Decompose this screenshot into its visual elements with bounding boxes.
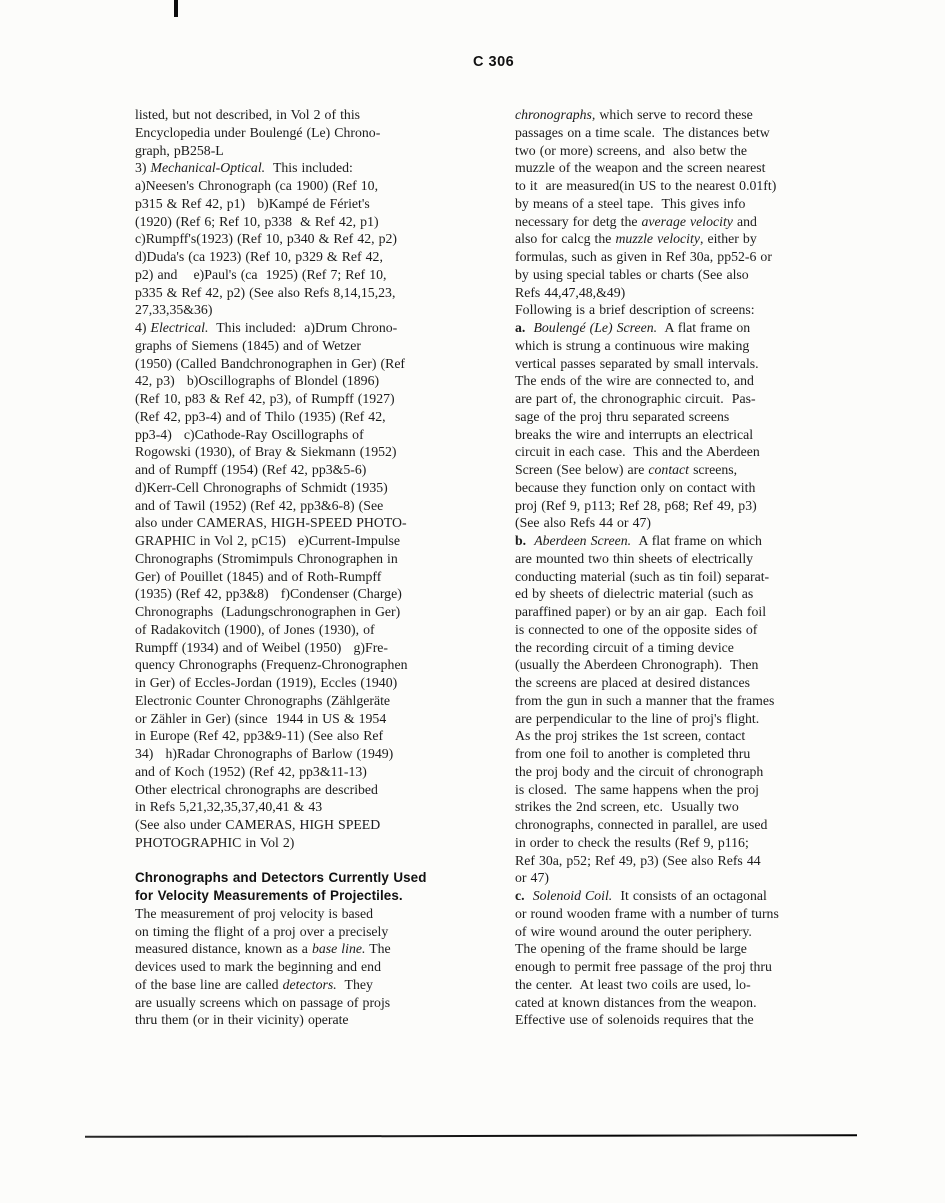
document-page: C 306 listed, but not described, in Vol … xyxy=(0,0,945,1203)
body-text: A flat frame on which xyxy=(631,533,762,548)
body-text: The opening of the frame should be large xyxy=(515,941,747,956)
body-text: Ref 30a, p52; Ref 49, p3) (See also Refs… xyxy=(515,853,761,868)
text-line: two (or more) screens, and also betw the xyxy=(515,142,853,160)
text-line: (See also under CAMERAS, HIGH SPEED xyxy=(135,816,469,834)
body-text: d)Duda's (ca 1923) (Ref 10, p329 & Ref 4… xyxy=(135,249,383,264)
right-column: chronographs, which serve to record thes… xyxy=(515,106,853,1029)
body-text: (usually the Aberdeen Chronograph). Then xyxy=(515,657,758,672)
text-line: chronographs, connected in parallel, are… xyxy=(515,816,853,834)
body-text: are part of, the chronographic circuit. … xyxy=(515,391,756,406)
body-text: proj (Ref 9, p113; Ref 28, p68; Ref 49, … xyxy=(515,498,757,513)
text-line: 27,33,35&36) xyxy=(135,301,469,319)
text-line: necessary for detg the average velocity … xyxy=(515,213,853,231)
italic-text: detectors. xyxy=(283,977,337,992)
body-text: Chronographs (Stromimpuls Chronographen … xyxy=(135,551,398,566)
text-line: by using special tables or charts (See a… xyxy=(515,266,853,284)
body-text: p2) and e)Paul's (ca 1925) (Ref 7; Ref 1… xyxy=(135,267,386,282)
body-text: which serve to record these xyxy=(595,107,752,122)
body-text: conducting material (such as tin foil) s… xyxy=(515,569,769,584)
body-text: graph, pB258-L xyxy=(135,143,224,158)
text-line: ed by sheets of dielectric material (suc… xyxy=(515,585,853,603)
body-text: Following is a brief description of scre… xyxy=(515,302,755,317)
body-text: p335 & Ref 42, p2) (See also Refs 8,14,1… xyxy=(135,285,395,300)
body-text: 3) xyxy=(135,160,151,175)
body-text: 42, p3) b)Oscillographs of Blondel (1896… xyxy=(135,373,379,388)
body-text: passages on a time scale. The distances … xyxy=(515,125,770,140)
italic-text: chronographs, xyxy=(515,107,595,122)
body-text: This included: a)Drum Chrono- xyxy=(208,320,397,335)
body-text: also under CAMERAS, HIGH-SPEED PHOTO- xyxy=(135,515,407,530)
text-line: The opening of the frame should be large xyxy=(515,940,853,958)
text-line: breaks the wire and interrupts an electr… xyxy=(515,426,853,444)
text-line: vertical passes separated by small inter… xyxy=(515,355,853,373)
text-line: Encyclopedia under Boulengé (Le) Chrono- xyxy=(135,124,469,142)
text-line: also under CAMERAS, HIGH-SPEED PHOTO- xyxy=(135,514,469,532)
text-line: by means of a steel tape. This gives inf… xyxy=(515,195,853,213)
body-text: sage of the proj thru separated screens xyxy=(515,409,729,424)
body-text: screens, xyxy=(689,462,737,477)
text-line: (See also Refs 44 or 47) xyxy=(515,514,853,532)
text-line: or round wooden frame with a number of t… xyxy=(515,905,853,923)
text-line: Rumpff (1934) and of Weibel (1950) g)Fre… xyxy=(135,639,469,657)
body-text: the recording circuit of a timing device xyxy=(515,640,734,655)
body-text: in Europe (Ref 42, pp3&9-11) (See also R… xyxy=(135,728,383,743)
text-line: are mounted two thin sheets of electrica… xyxy=(515,550,853,568)
text-line: chronographs, which serve to record thes… xyxy=(515,106,853,124)
text-line: the center. At least two coils are used,… xyxy=(515,976,853,994)
text-line: strikes the 2nd screen, etc. Usually two xyxy=(515,798,853,816)
text-line: d)Duda's (ca 1923) (Ref 10, p329 & Ref 4… xyxy=(135,248,469,266)
body-text xyxy=(525,888,533,903)
body-text: by using special tables or charts (See a… xyxy=(515,267,749,282)
body-text: GRAPHIC in Vol 2, pC15) e)Current-Impuls… xyxy=(135,533,400,548)
body-text: is closed. The same happens when the pro… xyxy=(515,782,759,797)
text-line: in order to check the results (Ref 9, p1… xyxy=(515,834,853,852)
bottom-rule xyxy=(85,1134,857,1138)
body-text: or round wooden frame with a number of t… xyxy=(515,906,779,921)
body-text: the center. At least two coils are used,… xyxy=(515,977,751,992)
body-text: Chronographs (Ladungschronographen in Ge… xyxy=(135,604,400,619)
text-line: quency Chronographs (Frequenz-Chronograp… xyxy=(135,656,469,674)
text-line: in Refs 5,21,32,35,37,40,41 & 43 xyxy=(135,798,469,816)
body-text: listed, but not described, in Vol 2 of t… xyxy=(135,107,360,122)
body-text: chronographs, connected in parallel, are… xyxy=(515,817,767,832)
text-line: Chronographs (Stromimpuls Chronographen … xyxy=(135,550,469,568)
text-line: cated at known distances from the weapon… xyxy=(515,994,853,1012)
body-text: graphs of Siemens (1845) and of Wetzer xyxy=(135,338,361,353)
text-line: paraffined paper) or by an air gap. Each… xyxy=(515,603,853,621)
body-text: are perpendicular to the line of proj's … xyxy=(515,711,759,726)
text-line: enough to permit free passage of the pro… xyxy=(515,958,853,976)
body-text: The xyxy=(365,941,390,956)
body-text: on timing the flight of a proj over a pr… xyxy=(135,924,388,939)
text-line: 4) Electrical. This included: a)Drum Chr… xyxy=(135,319,469,337)
text-line: is closed. The same happens when the pro… xyxy=(515,781,853,799)
body-text: p315 & Ref 42, p1) b)Kampé de Fériet's xyxy=(135,196,370,211)
body-text: the proj body and the circuit of chronog… xyxy=(515,764,763,779)
text-line: pp3-4) c)Cathode-Ray Oscillographs of xyxy=(135,426,469,444)
text-line: because they function only on contact wi… xyxy=(515,479,853,497)
text-line: and of Tawil (1952) (Ref 42, pp3&6-8) (S… xyxy=(135,497,469,515)
body-text: measured distance, known as a xyxy=(135,941,312,956)
text-line: and of Koch (1952) (Ref 42, pp3&11-13) xyxy=(135,763,469,781)
body-text: also for calcg the xyxy=(515,231,615,246)
text-line: The ends of the wire are connected to, a… xyxy=(515,372,853,390)
text-line: b. Aberdeen Screen. A flat frame on whic… xyxy=(515,532,853,550)
body-text: of wire wound around the outer periphery… xyxy=(515,924,752,939)
body-text: (See also Refs 44 or 47) xyxy=(515,515,651,530)
body-text: PHOTOGRAPHIC in Vol 2) xyxy=(135,835,294,850)
body-text: The ends of the wire are connected to, a… xyxy=(515,373,754,388)
text-line: Chronographs and Detectors Currently Use… xyxy=(135,869,469,887)
italic-text: muzzle velocity xyxy=(615,231,700,246)
body-text: are mounted two thin sheets of electrica… xyxy=(515,551,753,566)
section-heading-text: for Velocity Measurements of Projectiles… xyxy=(135,888,403,903)
body-text: Electronic Counter Chronographs (Zählger… xyxy=(135,693,390,708)
page-number: C 306 xyxy=(473,54,514,70)
italic-text: Mechanical-Optical. xyxy=(151,160,266,175)
body-text: a)Neesen's Chronograph (ca 1900) (Ref 10… xyxy=(135,178,378,193)
body-text: , either by xyxy=(700,231,757,246)
body-text: to it are measured(in US to the nearest … xyxy=(515,178,776,193)
body-text: which is strung a continuous wire making xyxy=(515,338,749,353)
body-text: strikes the 2nd screen, etc. Usually two xyxy=(515,799,739,814)
text-line: (usually the Aberdeen Chronograph). Then xyxy=(515,656,853,674)
body-text: and xyxy=(733,214,757,229)
text-line: circuit in each case. This and the Aberd… xyxy=(515,443,853,461)
text-line: 34) h)Radar Chronographs of Barlow (1949… xyxy=(135,745,469,763)
italic-text: Aberdeen Screen. xyxy=(534,533,631,548)
text-line: Following is a brief description of scre… xyxy=(515,301,853,319)
body-text: two (or more) screens, and also betw the xyxy=(515,143,747,158)
body-text: (See also under CAMERAS, HIGH SPEED xyxy=(135,817,380,832)
body-text: (1920) (Ref 6; Ref 10, p338 & Ref 42, p1… xyxy=(135,214,379,229)
body-text: of Radakovitch (1900), of Jones (1930), … xyxy=(135,622,375,637)
body-text: enough to permit free passage of the pro… xyxy=(515,959,772,974)
body-text: (1935) (Ref 42, pp3&8) f)Condenser (Char… xyxy=(135,586,402,601)
text-line: the screens are placed at desired distan… xyxy=(515,674,853,692)
blank-line xyxy=(135,852,469,870)
text-line: thru them (or in their vicinity) operate xyxy=(135,1011,469,1029)
text-line: are perpendicular to the line of proj's … xyxy=(515,710,853,728)
body-text: They xyxy=(337,977,373,992)
text-line: 3) Mechanical-Optical. This included: xyxy=(135,159,469,177)
bold-marker-text: c. xyxy=(515,888,525,903)
text-line: GRAPHIC in Vol 2, pC15) e)Current-Impuls… xyxy=(135,532,469,550)
body-text: in Ger) of Eccles-Jordan (1919), Eccles … xyxy=(135,675,397,690)
text-line: is connected to one of the opposite side… xyxy=(515,621,853,639)
body-text: c)Rumpff's(1923) (Ref 10, p340 & Ref 42,… xyxy=(135,231,397,246)
text-line: the recording circuit of a timing device xyxy=(515,639,853,657)
text-line: are part of, the chronographic circuit. … xyxy=(515,390,853,408)
body-text: As the proj strikes the 1st screen, cont… xyxy=(515,728,745,743)
body-text: 27,33,35&36) xyxy=(135,302,212,317)
body-text: in order to check the results (Ref 9, p1… xyxy=(515,835,749,850)
text-line: Screen (See below) are contact screens, xyxy=(515,461,853,479)
text-line: from the gun in such a manner that the f… xyxy=(515,692,853,710)
body-text: breaks the wire and interrupts an electr… xyxy=(515,427,753,442)
text-line: (Ref 10, p83 & Ref 42, p3), of Rumpff (1… xyxy=(135,390,469,408)
italic-text: Solenoid Coil. xyxy=(533,888,613,903)
text-line: p335 & Ref 42, p2) (See also Refs 8,14,1… xyxy=(135,284,469,302)
text-line: from one foil to another is completed th… xyxy=(515,745,853,763)
body-text: the screens are placed at desired distan… xyxy=(515,675,750,690)
text-line: Ref 30a, p52; Ref 49, p3) (See also Refs… xyxy=(515,852,853,870)
body-text: Encyclopedia under Boulengé (Le) Chrono- xyxy=(135,125,380,140)
body-text: from one foil to another is completed th… xyxy=(515,746,750,761)
text-line: Ger) of Pouillet (1845) and of Roth-Rump… xyxy=(135,568,469,586)
text-line: of wire wound around the outer periphery… xyxy=(515,923,853,941)
text-line: are usually screens which on passage of … xyxy=(135,994,469,1012)
text-line: Rogowski (1930), of Bray & Siekmann (195… xyxy=(135,443,469,461)
body-text: thru them (or in their vicinity) operate xyxy=(135,1012,349,1027)
body-text: 34) h)Radar Chronographs of Barlow (1949… xyxy=(135,746,393,761)
text-line: a. Boulengé (Le) Screen. A flat frame on xyxy=(515,319,853,337)
body-text: is connected to one of the opposite side… xyxy=(515,622,757,637)
text-line: formulas, such as given in Ref 30a, pp52… xyxy=(515,248,853,266)
body-text: by means of a steel tape. This gives inf… xyxy=(515,196,745,211)
body-text: or 47) xyxy=(515,870,549,885)
text-line: graph, pB258-L xyxy=(135,142,469,160)
body-text: devices used to mark the beginning and e… xyxy=(135,959,381,974)
section-heading-text: Chronographs and Detectors Currently Use… xyxy=(135,870,426,885)
text-line: 42, p3) b)Oscillographs of Blondel (1896… xyxy=(135,372,469,390)
text-line: Other electrical chronographs are descri… xyxy=(135,781,469,799)
text-line: or Zähler in Ger) (since 1944 in US & 19… xyxy=(135,710,469,728)
body-text: (Ref 10, p83 & Ref 42, p3), of Rumpff (1… xyxy=(135,391,395,406)
text-line: proj (Ref 9, p113; Ref 28, p68; Ref 49, … xyxy=(515,497,853,515)
text-line: Electronic Counter Chronographs (Zählger… xyxy=(135,692,469,710)
italic-text: Electrical. xyxy=(151,320,209,335)
scan-registration-mark xyxy=(174,0,178,17)
text-line: measured distance, known as a base line.… xyxy=(135,940,469,958)
text-line: passages on a time scale. The distances … xyxy=(515,124,853,142)
body-text: circuit in each case. This and the Aberd… xyxy=(515,444,760,459)
text-line: the proj body and the circuit of chronog… xyxy=(515,763,853,781)
text-line: c)Rumpff's(1923) (Ref 10, p340 & Ref 42,… xyxy=(135,230,469,248)
italic-text: Boulengé (Le) Screen. xyxy=(533,320,657,335)
left-column: listed, but not described, in Vol 2 of t… xyxy=(135,106,469,1029)
body-text: of the base line are called xyxy=(135,977,283,992)
text-line: muzzle of the weapon and the screen near… xyxy=(515,159,853,177)
text-line: of the base line are called detectors. T… xyxy=(135,976,469,994)
text-line: As the proj strikes the 1st screen, cont… xyxy=(515,727,853,745)
body-text: (Ref 42, pp3-4) and of Thilo (1935) (Ref… xyxy=(135,409,386,424)
body-text: muzzle of the weapon and the screen near… xyxy=(515,160,766,175)
text-line: p315 & Ref 42, p1) b)Kampé de Fériet's xyxy=(135,195,469,213)
text-line: listed, but not described, in Vol 2 of t… xyxy=(135,106,469,124)
body-text: It consists of an octagonal xyxy=(612,888,767,903)
text-line: PHOTOGRAPHIC in Vol 2) xyxy=(135,834,469,852)
body-text: paraffined paper) or by an air gap. Each… xyxy=(515,604,766,619)
body-text: pp3-4) c)Cathode-Ray Oscillographs of xyxy=(135,427,364,442)
text-line: also for calcg the muzzle velocity, eith… xyxy=(515,230,853,248)
text-line: to it are measured(in US to the nearest … xyxy=(515,177,853,195)
italic-text: base line. xyxy=(312,941,365,956)
body-text: Effective use of solenoids requires that… xyxy=(515,1012,754,1027)
text-line: c. Solenoid Coil. It consists of an octa… xyxy=(515,887,853,905)
body-text: ed by sheets of dielectric material (suc… xyxy=(515,586,753,601)
body-text: A flat frame on xyxy=(657,320,750,335)
bold-marker-text: a. xyxy=(515,320,525,335)
text-line: of Radakovitch (1900), of Jones (1930), … xyxy=(135,621,469,639)
text-line: The measurement of proj velocity is base… xyxy=(135,905,469,923)
text-line: (Ref 42, pp3-4) and of Thilo (1935) (Ref… xyxy=(135,408,469,426)
body-text: because they function only on contact wi… xyxy=(515,480,755,495)
text-line: and of Rumpff (1954) (Ref 42, pp3&5-6) xyxy=(135,461,469,479)
italic-text: contact xyxy=(648,462,689,477)
text-line: d)Kerr-Cell Chronographs of Schmidt (193… xyxy=(135,479,469,497)
body-text: quency Chronographs (Frequenz-Chronograp… xyxy=(135,657,407,672)
body-text: from the gun in such a manner that the f… xyxy=(515,693,774,708)
body-text: Refs 44,47,48,&49) xyxy=(515,285,625,300)
body-text: Ger) of Pouillet (1845) and of Roth-Rump… xyxy=(135,569,381,584)
body-text: are usually screens which on passage of … xyxy=(135,995,390,1010)
body-text: formulas, such as given in Ref 30a, pp52… xyxy=(515,249,772,264)
body-text: d)Kerr-Cell Chronographs of Schmidt (193… xyxy=(135,480,388,495)
text-line: p2) and e)Paul's (ca 1925) (Ref 7; Ref 1… xyxy=(135,266,469,284)
body-text: cated at known distances from the weapon… xyxy=(515,995,757,1010)
text-line: which is strung a continuous wire making xyxy=(515,337,853,355)
body-text: or Zähler in Ger) (since 1944 in US & 19… xyxy=(135,711,386,726)
text-line: graphs of Siemens (1845) and of Wetzer xyxy=(135,337,469,355)
text-line: in Ger) of Eccles-Jordan (1919), Eccles … xyxy=(135,674,469,692)
text-line: devices used to mark the beginning and e… xyxy=(135,958,469,976)
body-text: (1950) (Called Bandchronographen in Ger)… xyxy=(135,356,405,371)
body-text: Other electrical chronographs are descri… xyxy=(135,782,378,797)
text-line: on timing the flight of a proj over a pr… xyxy=(135,923,469,941)
body-text: The measurement of proj velocity is base… xyxy=(135,906,373,921)
text-line: Refs 44,47,48,&49) xyxy=(515,284,853,302)
text-line: Chronographs (Ladungschronographen in Ge… xyxy=(135,603,469,621)
bold-marker-text: b. xyxy=(515,533,526,548)
body-text: and of Koch (1952) (Ref 42, pp3&11-13) xyxy=(135,764,367,779)
italic-text: average velocity xyxy=(642,214,733,229)
body-text: and of Rumpff (1954) (Ref 42, pp3&5-6) xyxy=(135,462,366,477)
text-line: conducting material (such as tin foil) s… xyxy=(515,568,853,586)
body-text: Rogowski (1930), of Bray & Siekmann (195… xyxy=(135,444,397,459)
body-text: Rumpff (1934) and of Weibel (1950) g)Fre… xyxy=(135,640,388,655)
body-text: 4) xyxy=(135,320,151,335)
text-line: a)Neesen's Chronograph (ca 1900) (Ref 10… xyxy=(135,177,469,195)
text-line: (1920) (Ref 6; Ref 10, p338 & Ref 42, p1… xyxy=(135,213,469,231)
body-text: vertical passes separated by small inter… xyxy=(515,356,759,371)
text-line: for Velocity Measurements of Projectiles… xyxy=(135,887,469,905)
body-text: necessary for detg the xyxy=(515,214,642,229)
body-text: Screen (See below) are xyxy=(515,462,648,477)
body-text: and of Tawil (1952) (Ref 42, pp3&6-8) (S… xyxy=(135,498,383,513)
body-text: in Refs 5,21,32,35,37,40,41 & 43 xyxy=(135,799,322,814)
text-line: in Europe (Ref 42, pp3&9-11) (See also R… xyxy=(135,727,469,745)
text-line: Effective use of solenoids requires that… xyxy=(515,1011,853,1029)
text-line: or 47) xyxy=(515,869,853,887)
text-line: sage of the proj thru separated screens xyxy=(515,408,853,426)
body-text: This included: xyxy=(265,160,353,175)
text-line: (1950) (Called Bandchronographen in Ger)… xyxy=(135,355,469,373)
text-line: (1935) (Ref 42, pp3&8) f)Condenser (Char… xyxy=(135,585,469,603)
